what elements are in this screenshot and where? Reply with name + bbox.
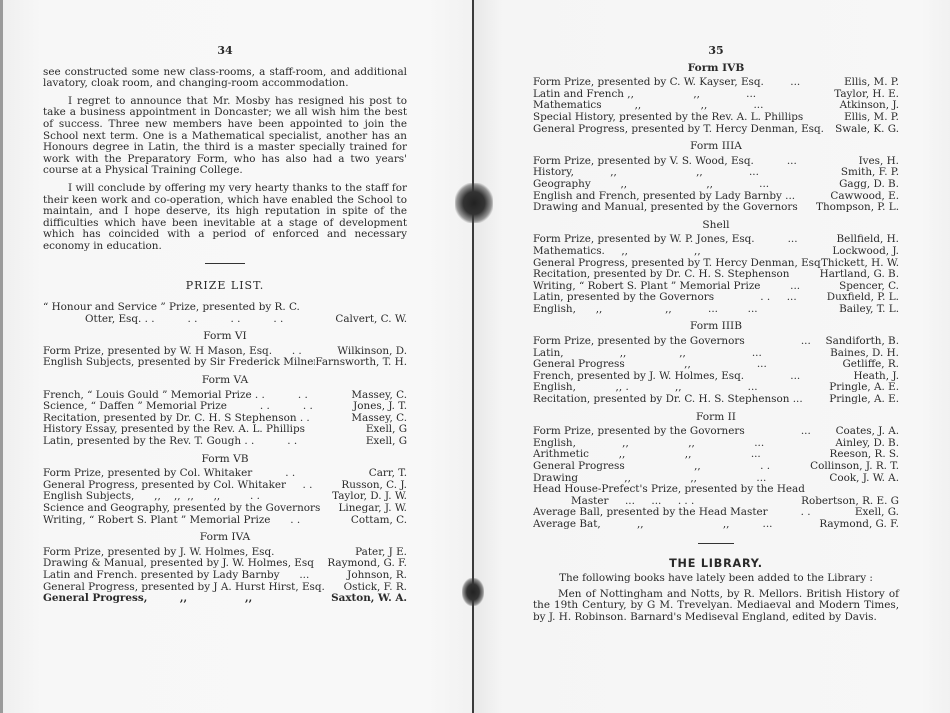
page-number: 35 xyxy=(533,45,899,57)
form-heading: Form IVB xyxy=(533,63,899,75)
prize-award: English, ,, ,, ... xyxy=(533,438,764,450)
prize-award: Recitation, presented by Dr. C. H. S Ste… xyxy=(43,413,310,425)
prize-winner: Hartland, G. B. xyxy=(820,269,899,281)
prize-row: General Progress, ,, ,,Saxton, W. A. xyxy=(43,593,407,605)
form-heading: Form IVA xyxy=(43,532,407,544)
prize-award: Mathematics. ,, ,, xyxy=(533,246,701,258)
prize-winner: Lockwood, J. xyxy=(832,246,899,258)
form-heading: Form VA xyxy=(43,375,407,387)
prize-winner: Sandiforth, B. xyxy=(826,336,899,348)
prize-award: Drawing and Manual, presented by the Gov… xyxy=(533,202,798,214)
prize-winner: Collinson, J. R. T. xyxy=(810,461,899,473)
prize-row: Mathematics. ,, ,,Lockwood, J. xyxy=(533,246,899,258)
prize-award: Latin and French ,, ,, ... xyxy=(533,89,756,101)
prize-winner: Bailey, T. L. xyxy=(839,304,899,316)
paragraph: see constructed some new class-rooms, a … xyxy=(43,67,407,90)
library-intro: The following books have lately been add… xyxy=(533,573,899,585)
prize-award: General Progress, presented by J A. Hurs… xyxy=(43,582,325,594)
prize-row: Science and Geography, presented by the … xyxy=(43,503,407,515)
prize-award: French, “ Louis Gould ” Memorial Prize .… xyxy=(43,390,308,402)
head-prefect-award-line2: Master ... ... . . . xyxy=(533,496,694,508)
form-heading: Form IIIB xyxy=(533,321,899,333)
prize-winner: Saxton, W. A. xyxy=(331,593,407,605)
right-page-content: 35 Form IVB Form Prize, presented by C. … xyxy=(533,45,899,624)
prize-award: Form Prize, presented by J. W. Holmes, E… xyxy=(43,547,274,559)
prize-row: General Progress, presented by T. Hercy … xyxy=(533,124,899,136)
library-title: THE LIBRARY. xyxy=(533,558,899,570)
prize-award: Drawing & Manual, presented by J. W. Hol… xyxy=(43,558,314,570)
prize-winner: Cottam, C. xyxy=(351,515,407,527)
prize-award: English Subjects, ,, ,, ,, ,, . . xyxy=(43,491,260,503)
prize-row: English, ,, ,, ... ...Bailey, T. L. xyxy=(533,304,899,316)
prize-row: Writing, “ Robert S. Plant ” Memorial Pr… xyxy=(43,515,407,527)
prize-award: Recitation, presented by Dr. C. H. S. St… xyxy=(533,394,803,406)
prize-winner: Ellis, M. P. xyxy=(844,112,899,124)
paragraph: I regret to announce that Mr. Mosby has … xyxy=(43,96,407,177)
form-heading: Form VI xyxy=(43,331,407,343)
prize-award: Form Prize, presented by W. P. Jones, Es… xyxy=(533,234,798,246)
prize-award: Latin, presented by the Governors . . ..… xyxy=(533,292,797,304)
prize-award: English and French, presented by Lady Ba… xyxy=(533,191,795,203)
prize-award: Writing, “ Robert S. Plant ” Memorial Pr… xyxy=(43,515,300,527)
paragraph: I will conclude by offering my very hear… xyxy=(43,183,407,253)
prize-winner: Exell, G xyxy=(366,436,407,448)
prize-row: Average Bat, ,, ,, ...Raymond, G. F. xyxy=(533,519,899,531)
prize-award: General Progress ,, . . xyxy=(533,461,770,473)
form-heading: Form II xyxy=(533,412,899,424)
prize-row: Latin and French. presented by Lady Barn… xyxy=(43,570,407,582)
library-text: Men of Nottingham and Notts, by R. Mello… xyxy=(533,589,899,624)
prize-award: Science and Geography, presented by the … xyxy=(43,503,320,515)
prize-award: Form Prize, presented by the Governors .… xyxy=(533,336,811,348)
prize-award: Form Prize, presented by W. H Mason, Esq… xyxy=(43,346,302,358)
prize-award: General Progress, ,, ,, xyxy=(43,593,252,605)
prize-winner: Farnsworth, T. H. xyxy=(315,357,407,369)
prize-award: Form Prize, presented by Col. Whitaker .… xyxy=(43,468,295,480)
prize-winner: Swale, K. G. xyxy=(835,124,899,136)
prize-winner: Calvert, C. W. xyxy=(335,314,407,326)
prize-award: Special History, presented by the Rev. A… xyxy=(533,112,803,124)
book-gutter xyxy=(472,0,474,713)
prize-award: Latin, ,, ,, ... xyxy=(533,348,762,360)
prize-row: Form Prize, presented by the Governors .… xyxy=(533,336,899,348)
prize-award: Arithmetic ,, ,, ... xyxy=(533,449,761,461)
prize-row: General Progress ,, . .Collinson, J. R. … xyxy=(533,461,899,473)
prize-award: Writing, “ Robert S. Plant ” Memorial Pr… xyxy=(533,281,800,293)
prize-award: Form Prize, presented by C. W. Kayser, E… xyxy=(533,77,800,89)
prize-award: Geography ,, ,, ... xyxy=(533,179,769,191)
form-heading: Form VB xyxy=(43,454,407,466)
prize-winner: Cook, J. W. A. xyxy=(829,473,899,485)
prize-award: General Progress, presented by T. Hercy … xyxy=(533,124,824,136)
prize-row: English Subjects, presented by Sir Frede… xyxy=(43,357,407,369)
prize-winner: Linegar, J. W. xyxy=(339,503,407,515)
prize-row: Recitation, presented by Dr. C. H. S Ste… xyxy=(43,413,407,425)
prize-winner: Gagg, D. B. xyxy=(839,179,899,191)
prize-award: Average Bat, ,, ,, ... xyxy=(533,519,772,531)
form-heading: Shell xyxy=(533,220,899,232)
prize-award: Science, “ Daffen ” Memorial Prize . . .… xyxy=(43,401,313,413)
prize-winner: Raymond, G. F. xyxy=(819,519,899,531)
prize-award: General Progress, presented by T. Hercy … xyxy=(533,258,821,270)
prize-row: Master ... ... . . . Robertson, R. E. G xyxy=(533,496,899,508)
prize-award: French, presented by J. W. Holmes, Esq. … xyxy=(533,371,800,383)
page-number: 34 xyxy=(43,45,407,57)
ink-blot xyxy=(455,183,493,223)
prize-row: Geography ,, ,, ...Gagg, D. B. xyxy=(533,179,899,191)
prize-row: Recitation, presented by Dr. C. H. S. St… xyxy=(533,394,899,406)
prize-row: Latin, presented by the Rev. T. Gough . … xyxy=(43,436,407,448)
prize-award: General Progress, presented by Col. Whit… xyxy=(43,480,312,492)
prize-list-title: PRIZE LIST. xyxy=(43,280,407,292)
prize-winner: Thompson, P. L. xyxy=(816,202,899,214)
divider xyxy=(698,543,734,544)
honour-award-line2: Otter, Esq. . . . . . . . . xyxy=(85,314,283,326)
prize-award: Latin, presented by the Rev. T. Gough . … xyxy=(43,436,297,448)
prize-winner: Johnson, R. xyxy=(347,570,407,582)
prize-award: Form Prize, presented by the Govorners .… xyxy=(533,426,811,438)
prize-row: History Essay, presented by the Rev. A. … xyxy=(43,424,407,436)
honour-prize: “ Honour and Service ” Prize, presented … xyxy=(43,302,407,325)
ink-blot xyxy=(462,578,484,606)
prize-award: History Essay, presented by the Rev. A. … xyxy=(43,424,305,436)
prize-award: English, ,, ,, ... ... xyxy=(533,304,758,316)
prize-award: General Progress ,, ... xyxy=(533,359,767,371)
prize-row: General Progress ,, ...Getliffe, R. xyxy=(533,359,899,371)
prize-award: Form Prize, presented by V. S. Wood, Esq… xyxy=(533,156,797,168)
prize-award: Latin and French. presented by Lady Barn… xyxy=(43,570,309,582)
prize-row: Recitation, presented by Dr. C. H. S. St… xyxy=(533,269,899,281)
prize-row: Drawing and Manual, presented by the Gov… xyxy=(533,202,899,214)
prize-winner: Pringle, A. E. xyxy=(829,394,899,406)
form-heading: Form IIIA xyxy=(533,141,899,153)
prize-award: Recitation, presented by Dr. C. H. S. St… xyxy=(533,269,789,281)
prize-award: Average Ball, presented by the Head Mast… xyxy=(533,507,811,519)
prize-award: English Subjects, presented by Sir Frede… xyxy=(43,357,315,369)
prize-award: Mathematics ,, ,, ... xyxy=(533,100,763,112)
divider xyxy=(205,263,245,264)
prize-award: History, ,, ,, ... xyxy=(533,167,759,179)
prize-award: English, ,, . ,, ... xyxy=(533,382,758,394)
honour-award-line1: “ Honour and Service ” Prize, presented … xyxy=(43,302,407,314)
prize-row: Special History, presented by the Rev. A… xyxy=(533,112,899,124)
left-page-content: 34 see constructed some new class-rooms,… xyxy=(43,45,407,605)
